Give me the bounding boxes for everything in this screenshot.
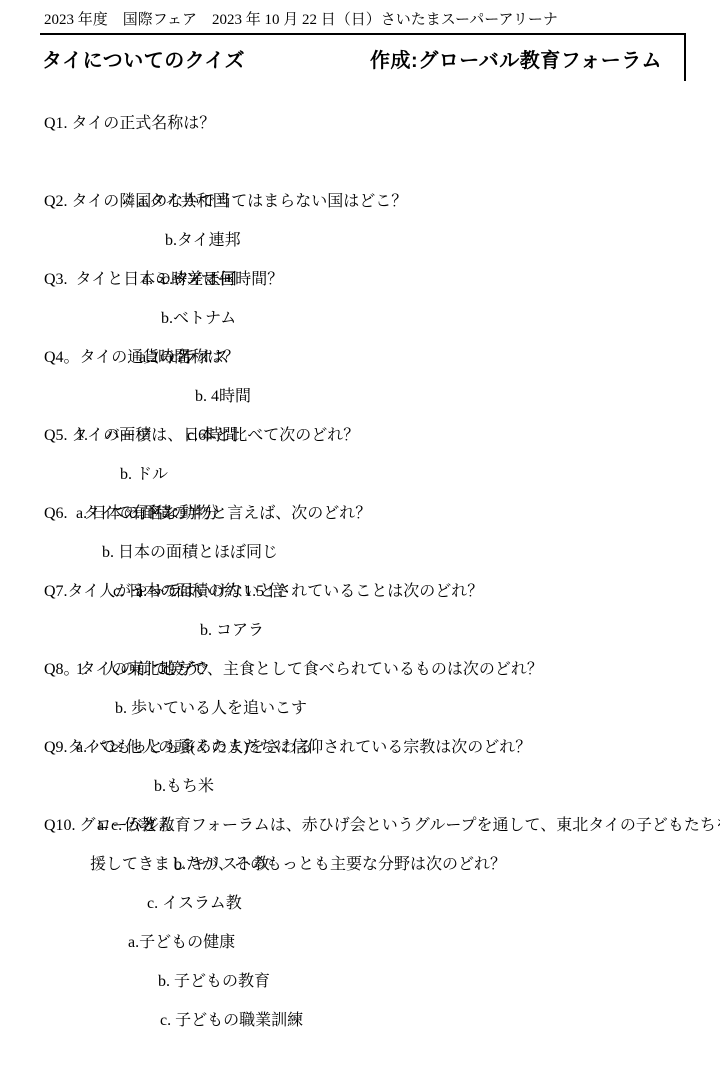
document-title: タイについてのクイズ <box>42 44 245 73</box>
option-b: b.もち米 <box>154 778 214 795</box>
question-10-text-line1: Q10. グローバル教育フォーラムは、赤ひげ会というグループを通して、東北タイの… <box>40 806 686 845</box>
question-8-text: Q8。タイの東北地方で、主食として食べられているものは次のどれ？ <box>40 650 686 689</box>
document-header: 2023 年度 国際フェア 2023 年 10 月 22 日（日）さいたまスーパ… <box>40 8 686 35</box>
document-page: 2023 年度 国際フェア 2023 年 10 月 22 日（日）さいたまスーパ… <box>40 8 686 923</box>
question-1-options: a.タイ共和国 b.タイ連邦 c.タイ王国 <box>40 143 686 182</box>
option-b: b. 日本の面積とほぼ同じ <box>102 544 278 561</box>
quiz-document: { "document": { "header": "2023 年度 国際フェア… <box>0 0 720 960</box>
option-b: b. コアラ <box>200 622 264 639</box>
question-2-text: Q2. タイの隣国のなかで当てはまらない国はどこ？ <box>40 182 686 221</box>
question-1-text: Q1. タイの正式名称は？ <box>40 104 686 143</box>
question-9-text: Q9.タイでもっとも多くの人たちに信仰されている宗教は次のどれ？ <box>40 728 686 767</box>
question-10-text-line2: 援してきましたが、そのもっとも主要な分野は次のどれ？ <box>40 845 686 884</box>
title-row: タイについてのクイズ 作成:グローバル教育フォーラム <box>40 35 686 81</box>
document-credit: 作成:グローバル教育フォーラム <box>370 44 662 73</box>
question-block-1: Q1. タイの正式名称は？ a.タイ共和国 b.タイ連邦 c.タイ王国 <box>40 104 686 182</box>
option-b: b. 4時間 <box>195 388 251 405</box>
option-c: c. イスラム教 <box>147 895 242 912</box>
question-7-text: Q7.タイ人がやってはいけないとされていることは次のどれ？ <box>40 572 686 611</box>
question-4-text: Q4。タイの通貨の名称は？ <box>40 338 686 377</box>
option-b: b.ベトナム <box>161 310 236 327</box>
option-a: a.子どもの健康 <box>128 934 235 951</box>
question-5-text: Q5. タイの面積は、日本と比べて次のどれ？ <box>40 416 686 455</box>
option-b: b. 歩いている人を追いこす <box>115 700 307 717</box>
quiz-body: Q1. タイの正式名称は？ a.タイ共和国 b.タイ連邦 c.タイ王国 Q2. … <box>40 104 686 923</box>
option-b: b.タイ連邦 <box>165 232 241 249</box>
option-b: b. ドル <box>120 466 168 483</box>
question-6-text: Q6. タイで有名な動物と言えば、次のどれ？ <box>40 494 686 533</box>
question-3-text: Q3. タイと日本の時差は何時間？ <box>40 260 686 299</box>
